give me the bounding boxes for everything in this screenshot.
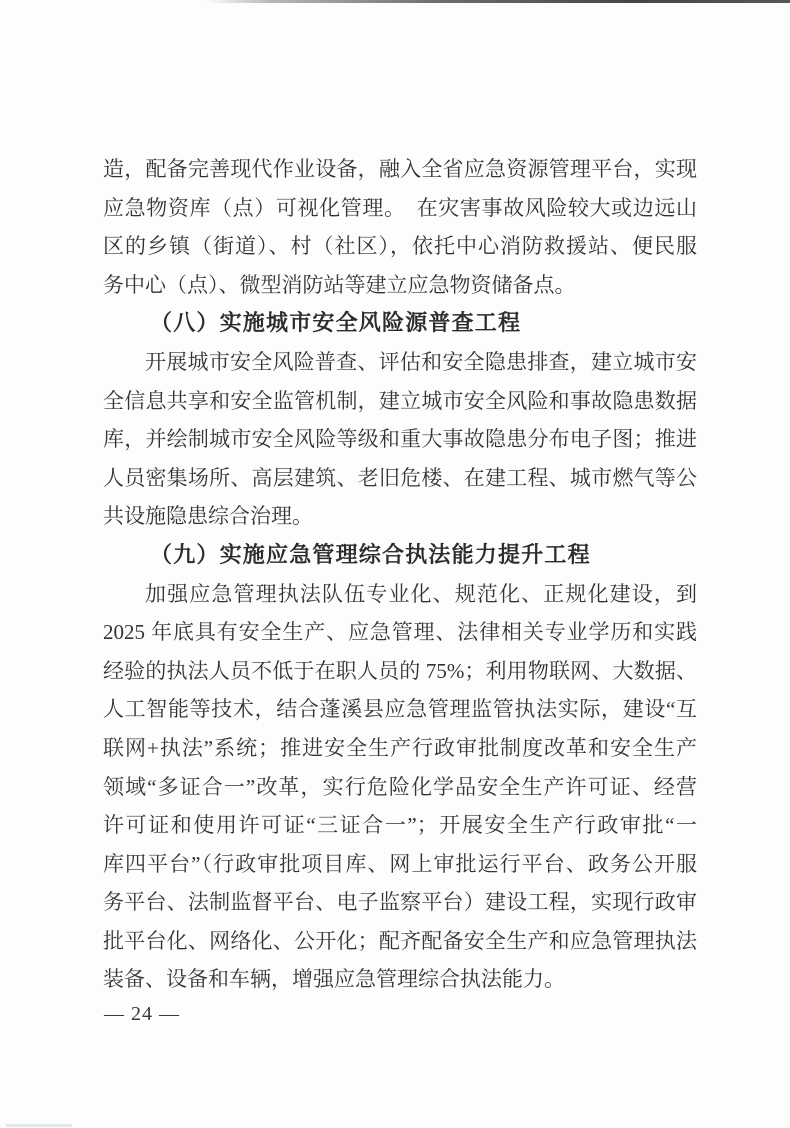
document-body: 造，配备完善现代作业设备，融入全省应急资源管理平台，实现应急物资库（点）可视化管… (103, 150, 697, 999)
paragraph-line: 批平台化、网络化、公开化；配齐配备安全生产和应急管理执法 (103, 922, 697, 961)
paragraph-line: 开展城市安全风险普查、评估和安全隐患排查，建立城市安 (103, 343, 697, 382)
paragraph-line: 库四平台”（行政审批项目库、网上审批运行平台、政务公开服 (103, 845, 697, 884)
paragraph-line: 经验的执法人员不低于在职人员的 75%；利用物联网、大数据、 (103, 652, 697, 691)
scan-artifact-top-line (0, 0, 790, 4)
paragraph-line: 全信息共享和安全监管机制，建立城市安全风险和事故隐患数据 (103, 382, 697, 421)
paragraph-line: 造，配备完善现代作业设备，融入全省应急资源管理平台，实现 (103, 150, 697, 189)
page-number: — 24 — (104, 1003, 180, 1026)
scan-artifact-smudge (6, 1124, 72, 1127)
paragraph-line: 应急物资库（点）可视化管理。 在灾害事故风险较大或边远山 (103, 189, 697, 228)
paragraph-line: 区的乡镇（街道）、村（社区），依托中心消防救援站、便民服 (103, 227, 697, 266)
document-page: 造，配备完善现代作业设备，融入全省应急资源管理平台，实现应急物资库（点）可视化管… (0, 0, 790, 1128)
paragraph-line: 领域“多证合一”改革，实行危险化学品安全生产许可证、经营 (103, 768, 697, 807)
paragraph-line: 人工智能等技术，结合蓬溪县应急管理监管执法实际，建设“互 (103, 690, 697, 729)
paragraph-line: 2025 年底具有安全生产、应急管理、法律相关专业学历和实践 (103, 613, 697, 652)
section-heading: （八）实施城市安全风险源普查工程 (103, 304, 697, 343)
paragraph-line: 许可证和使用许可证“三证合一”；开展安全生产行政审批“一 (103, 806, 697, 845)
paragraph-line: 共设施隐患综合治理。 (103, 497, 697, 536)
section-heading: （九）实施应急管理综合执法能力提升工程 (103, 536, 697, 575)
paragraph-line: 库，并绘制城市安全风险等级和重大事故隐患分布电子图；推进 (103, 420, 697, 459)
paragraph-line: 联网+执法”系统；推进安全生产行政审批制度改革和安全生产 (103, 729, 697, 768)
paragraph-line: 务平台、法制监督平台、电子监察平台）建设工程，实现行政审 (103, 883, 697, 922)
paragraph-line: 加强应急管理执法队伍专业化、规范化、正规化建设，到 (103, 575, 697, 614)
paragraph-line: 人员密集场所、高层建筑、老旧危楼、在建工程、城市燃气等公 (103, 459, 697, 498)
paragraph-line: 务中心（点）、微型消防站等建立应急物资储备点。 (103, 266, 697, 305)
paragraph-line: 装备、设备和车辆，增强应急管理综合执法能力。 (103, 960, 697, 999)
